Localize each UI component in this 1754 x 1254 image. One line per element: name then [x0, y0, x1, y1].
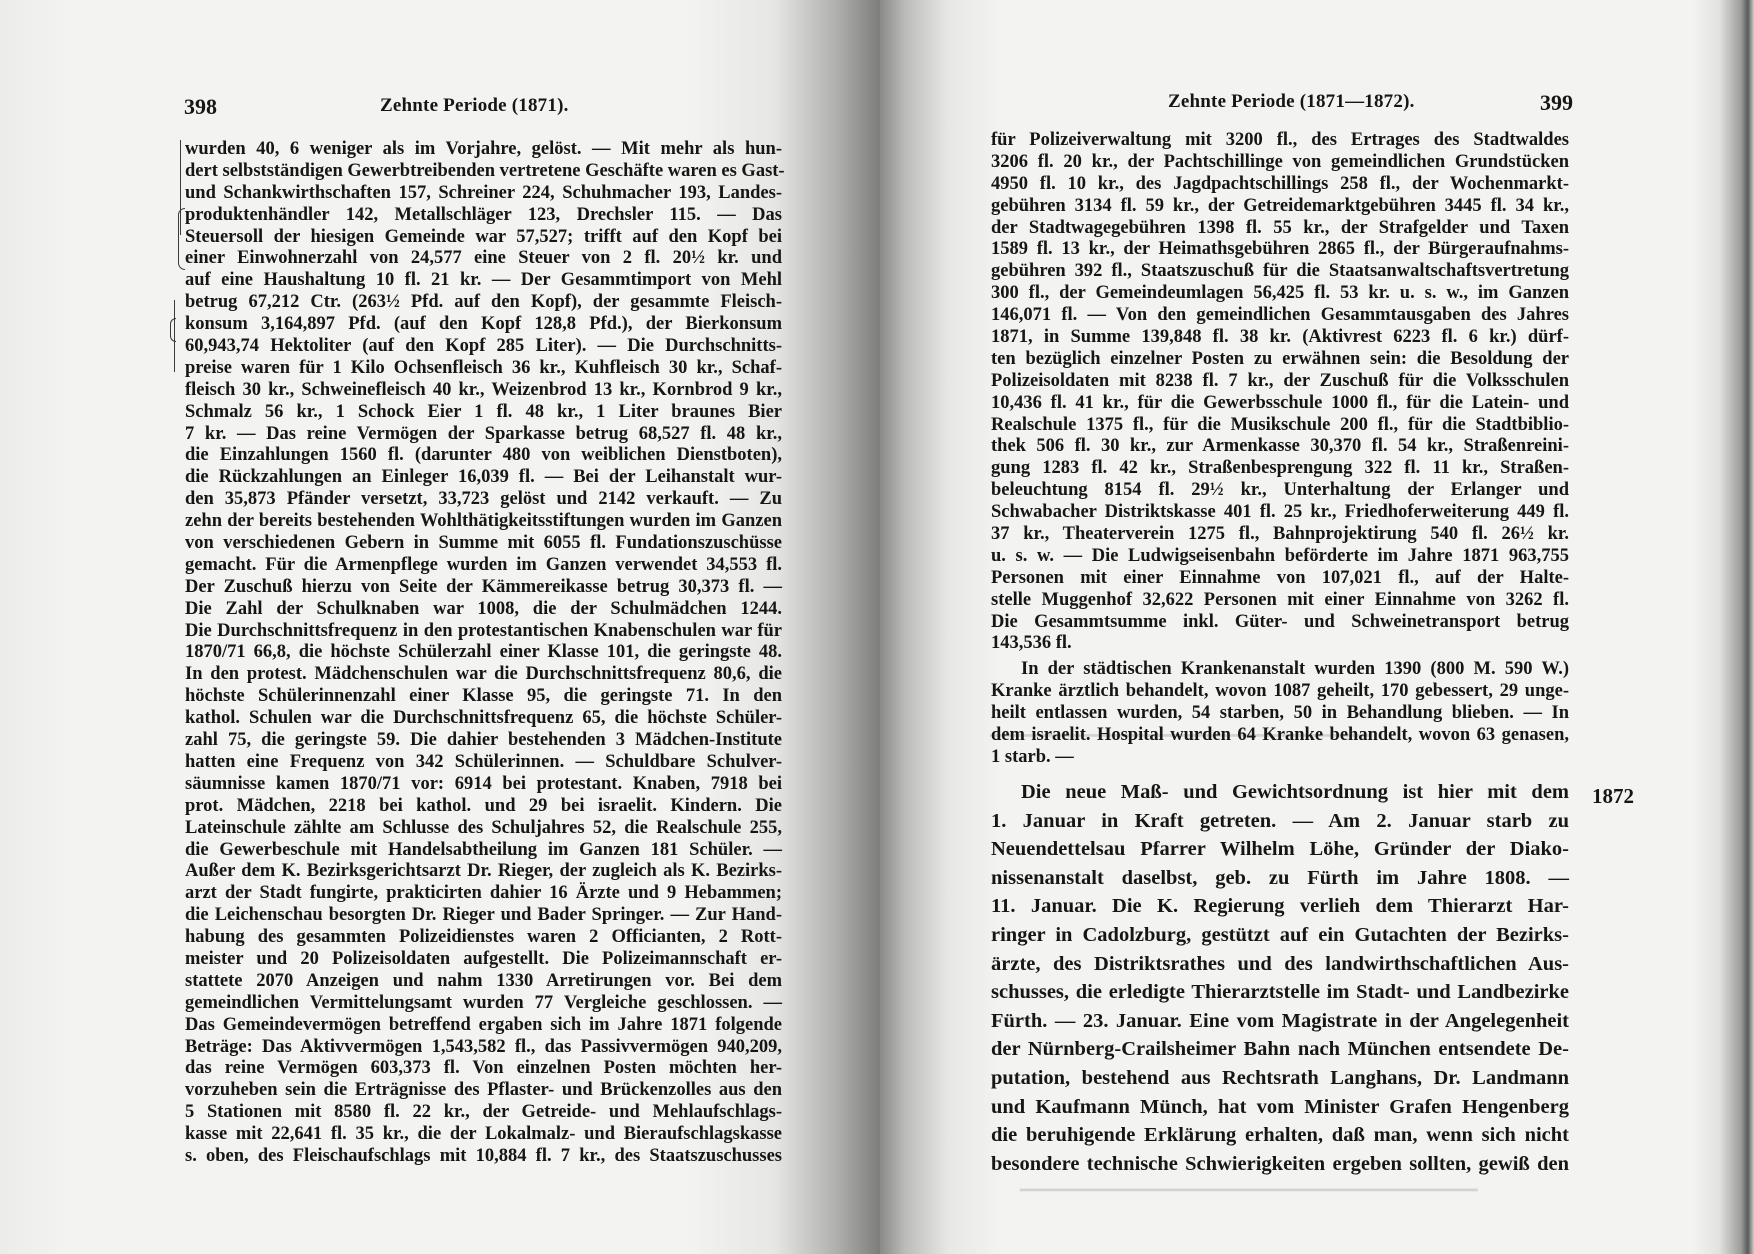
text-line: Die neue Maß- und Gewichtsordnung ist hi… [991, 778, 1569, 807]
text-line: Schwabacher Distriktskasse 401 fl. 25 kr… [991, 502, 1569, 524]
text-line: habung des gesammten Polizeidienstes war… [185, 927, 782, 949]
text-line: Realschule 1375 fl., für die Musikschule… [991, 415, 1569, 437]
text-line: schusses, die erledigte Thierarztstelle … [991, 978, 1569, 1007]
text-line: gemacht. Für die Armenpflege wurden im G… [185, 555, 782, 577]
text-line: die Gewerbeschule mit Handelsabtheilung … [185, 840, 782, 862]
text-line: ten bezüglich einzelner Posten zu erwähn… [991, 349, 1569, 371]
book-spread: 398 Zehnte Periode (1871). wurden 40, 6 … [0, 0, 1754, 1254]
text-line: vorzuheben sein die Erträgnisse des Pfla… [185, 1080, 782, 1102]
text-line: nissenanstalt daselbst, geb. zu Fürth im… [991, 864, 1569, 893]
text-line: den 35,873 Pfänder versetzt, 33,723 gelö… [185, 489, 782, 511]
left-page: 398 Zehnte Periode (1871). wurden 40, 6 … [0, 0, 880, 1254]
right-body-text-financials: für Polizeiverwaltung mit 3200 fl., des … [991, 130, 1569, 655]
text-line: der Nürnberg-Crailsheimer Bahn nach Münc… [991, 1035, 1569, 1064]
text-line: stattete 2070 Anzeigen und nahm 1330 Arr… [185, 971, 782, 993]
text-line: 146,071 fl. — Von den gemeindlichen Gesa… [991, 305, 1569, 327]
text-line: und Kaufmann Münch, hat vom Minister Gra… [991, 1093, 1569, 1122]
text-line: kathol. Schulen war die Durchschnittsfre… [185, 708, 782, 730]
text-line: dem israelit. Hospital wurden 64 Kranke … [991, 725, 1569, 747]
text-line: 1. Januar in Kraft getreten. — Am 2. Jan… [991, 807, 1569, 836]
text-line: prot. Mädchen, 2218 bei kathol. und 29 b… [185, 796, 782, 818]
text-line: Beträge: Das Aktivvermögen 1,543,582 fl.… [185, 1037, 782, 1059]
text-line: von verschiedenen Gebern in Summe mit 60… [185, 533, 782, 555]
margin-year-note: 1872 [1592, 784, 1634, 809]
text-line: 5 Stationen mit 8580 fl. 22 kr., der Get… [185, 1102, 782, 1124]
text-line: 37 kr., Theaterverein 1275 fl., Bahnproj… [991, 524, 1569, 546]
text-line: In den protest. Mädchenschulen war die D… [185, 664, 782, 686]
text-line: thek 506 fl. 30 kr., zur Armenkasse 30,3… [991, 436, 1569, 458]
text-line: 10,436 fl. 41 kr., für die Gewerbsschule… [991, 393, 1569, 415]
text-line: Außer dem K. Bezirksgerichtsarzt Dr. Rie… [185, 861, 782, 883]
text-line: meister und 20 Polizeisoldaten aufgestel… [185, 949, 782, 971]
text-line: putation, bestehend aus Rechtsrath Langh… [991, 1064, 1569, 1093]
text-line: 1871, in Summe 139,848 fl. 38 kr. (Aktiv… [991, 327, 1569, 349]
text-line: fleisch 30 kr., Schweinefleisch 40 kr., … [185, 380, 782, 402]
text-line: Neuendettelsau Pfarrer Wilhelm Löhe, Grü… [991, 835, 1569, 864]
text-line: die beruhigende Erklärung erhalten, daß … [991, 1121, 1569, 1150]
text-line: Steuersoll der hiesigen Gemeinde war 57,… [185, 227, 782, 249]
left-page-number: 398 [184, 94, 217, 120]
pencil-bracket-mark [178, 208, 185, 270]
text-line: die Einzahlungen 1560 fl. (darunter 480 … [185, 445, 782, 467]
left-body-text: wurden 40, 6 weniger als im Vorjahre, ge… [185, 139, 782, 1168]
text-line: Das Gemeindevermögen betreffend ergaben … [185, 1015, 782, 1037]
right-running-title: Zehnte Periode (1871—1872). [1168, 90, 1415, 113]
text-line: 60,943,74 Hektoliter (auf den Kopf 285 L… [185, 336, 782, 358]
text-line: Kranke ärztlich behandelt, wovon 1087 ge… [991, 681, 1569, 703]
right-body-text-hospital: In der städtischen Krankenanstalt wurden… [991, 659, 1569, 768]
text-line: produktenhändler 142, Metallschläger 123… [185, 205, 782, 227]
text-line: und Schankwirthschaften 157, Schreiner 2… [185, 183, 782, 205]
text-line: Fürth. — 23. Januar. Eine vom Magistrate… [991, 1007, 1569, 1036]
text-line: Die Zahl der Schulknaben war 1008, die d… [185, 599, 782, 621]
text-line: stelle Muggenhof 32,622 Personen mit ein… [991, 590, 1569, 612]
right-page-number: 399 [1540, 90, 1573, 116]
text-line: gung 1283 fl. 42 kr., Straßenbesprengung… [991, 458, 1569, 480]
text-line: säumnisse kamen 1870/71 vor: 6914 bei pr… [185, 774, 782, 796]
text-line: das reine Vermögen 603,373 fl. Von einze… [185, 1058, 782, 1080]
text-line: Personen mit einer Einnahme von 107,021 … [991, 568, 1569, 590]
left-running-title: Zehnte Periode (1871). [380, 94, 569, 117]
text-line: gemeindlichen Vermittelungsamt wurden 77… [185, 993, 782, 1015]
text-line: besondere technische Schwierigkeiten erg… [991, 1150, 1569, 1179]
text-line: dert selbstständigen Gewerbtreibenden ve… [185, 161, 782, 183]
text-line: 4950 fl. 10 kr., des Jagdpachtschillings… [991, 174, 1569, 196]
pencil-squiggle-mark [170, 318, 176, 342]
right-page: Zehnte Periode (1871—1872). 399 ▔▔▔▔▔▔▔▔… [880, 0, 1754, 1254]
text-line: heilt entlassen wurden, 54 starben, 50 i… [991, 703, 1569, 725]
text-line: 3206 fl. 20 kr., der Pachtschillinge von… [991, 152, 1569, 174]
text-line: Die Gesammtsumme inkl. Güter- und Schwei… [991, 612, 1569, 634]
text-line: 11. Januar. Die K. Regierung verlieh dem… [991, 892, 1569, 921]
text-line: kasse mit 22,641 fl. 35 kr., die der Lok… [185, 1124, 782, 1146]
text-line: wurden 40, 6 weniger als im Vorjahre, ge… [185, 139, 782, 161]
text-line: hatten eine Frequenz von 342 Schülerinne… [185, 752, 782, 774]
text-line: u. s. w. — Die Ludwigseisenbahn beförder… [991, 546, 1569, 568]
text-line: ringer in Cadolzburg, gestützt auf ein G… [991, 921, 1569, 950]
text-line: der Stadtwagegebühren 1398 fl. 55 kr., d… [991, 218, 1569, 240]
text-line: höchste Schülerinnenzahl einer Klasse 95… [185, 686, 782, 708]
text-line: Die Durchschnittsfrequenz in den protest… [185, 621, 782, 643]
text-line: 143,536 fl. [991, 633, 1569, 655]
text-line: gebühren 392 fl., Staatszuschuß für die … [991, 261, 1569, 283]
text-line: arzt der Stadt fungirte, prakticirten da… [185, 883, 782, 905]
text-line: 1589 fl. 13 kr., der Heimathsgebühren 28… [991, 239, 1569, 261]
text-line: die Leichenschau besorgten Dr. Rieger un… [185, 905, 782, 927]
text-line: beleuchtung 8154 fl. 29½ kr., Unterhaltu… [991, 480, 1569, 502]
text-line: betrug 67,212 Ctr. (263½ Pfd. auf den Ko… [185, 292, 782, 314]
text-line: ärzte, des Distriktsrathes und des landw… [991, 950, 1569, 979]
text-line: Schmalz 56 kr., 1 Schock Eier 1 fl. 48 k… [185, 402, 782, 424]
text-line: In der städtischen Krankenanstalt wurden… [991, 659, 1569, 681]
text-line: 1870/71 66,8, die höchste Schülerzahl ei… [185, 642, 782, 664]
text-line: zahl 75, die geringste 59. Die dahier be… [185, 730, 782, 752]
text-line: Lateinschule zählte am Schlusse des Schu… [185, 818, 782, 840]
text-line: zehn der bereits bestehenden Wohlthätigk… [185, 511, 782, 533]
text-line: preise waren für 1 Kilo Ochsenfleisch 36… [185, 358, 782, 380]
right-body-text-1872: Die neue Maß- und Gewichtsordnung ist hi… [991, 778, 1569, 1178]
text-line: konsum 3,164,897 Pfd. (auf den Kopf 128,… [185, 314, 782, 336]
text-line: 7 kr. — Das reine Vermögen der Sparkasse… [185, 424, 782, 446]
text-line: Polizeisoldaten mit 8238 fl. 7 kr., der … [991, 371, 1569, 393]
text-line: Der Zuschuß hierzu von Seite der Kämmere… [185, 577, 782, 599]
text-line: für Polizeiverwaltung mit 3200 fl., des … [991, 130, 1569, 152]
text-line: 300 fl., der Gemeindeumlagen 56,425 fl. … [991, 283, 1569, 305]
text-line: einer Einwohnerzahl von 24,577 eine Steu… [185, 248, 782, 270]
text-line: 1 starb. — [991, 747, 1569, 769]
text-line: die Rückzahlungen an Einleger 16,039 fl.… [185, 467, 782, 489]
text-line: s. oben, des Fleischaufschlags mit 10,88… [185, 1146, 782, 1168]
text-line: gebühren 3134 fl. 59 kr., der Getreidema… [991, 196, 1569, 218]
text-line: auf eine Haushaltung 10 fl. 21 kr. — Der… [185, 270, 782, 292]
